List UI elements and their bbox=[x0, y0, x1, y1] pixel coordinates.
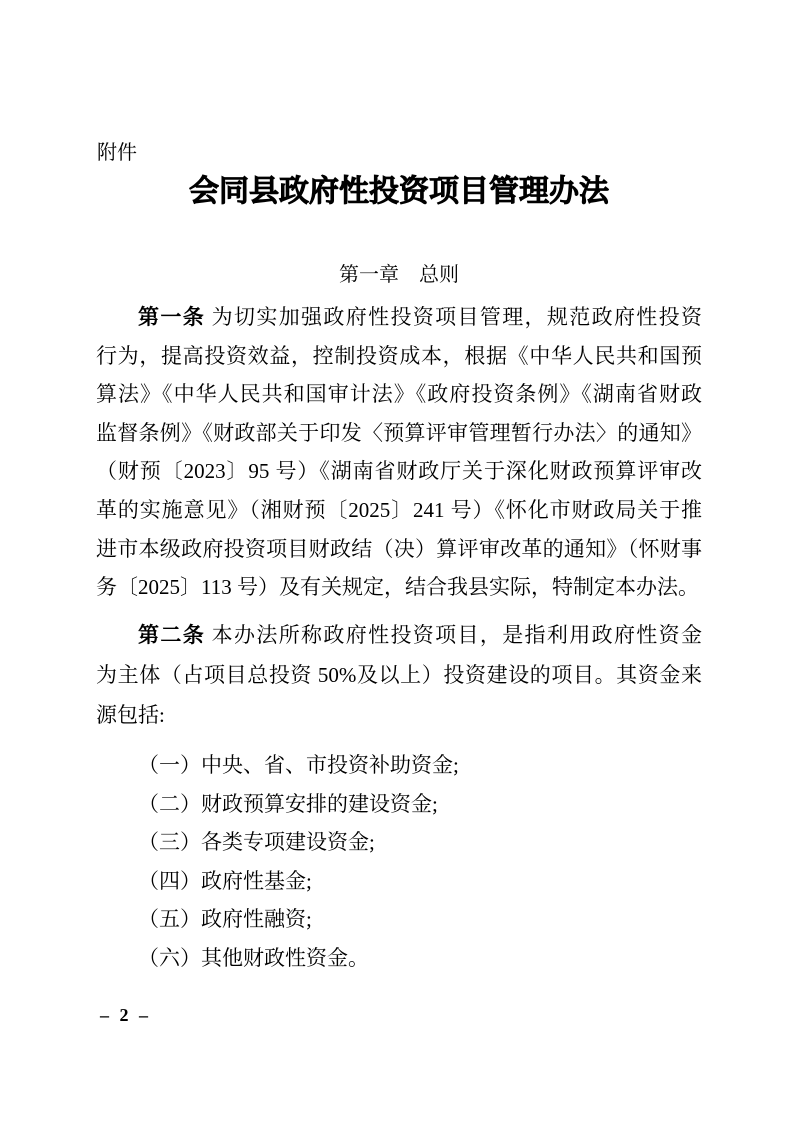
article-line: 算法》《中华人民共和国审计法》《政府投资条例》《湖南省财政 bbox=[96, 375, 702, 414]
article-line: 源包括: bbox=[96, 695, 702, 735]
document-page: 附件 会同县政府性投资项目管理办法 第一章 总则 第一条 为切实加强政府性投资项… bbox=[0, 0, 793, 1122]
article-line: 第二条 本办法所称政府性投资项目，是指利用政府性资金 bbox=[96, 615, 702, 655]
article-line: 为主体（占项目总投资 50%及以上）投资建设的项目。其资金来 bbox=[96, 655, 702, 695]
list-item: （六）其他财政性资金。 bbox=[96, 939, 702, 978]
articles: 第一条 为切实加强政府性投资项目管理，规范政府性投资行为，提高投资效益，控制投资… bbox=[96, 298, 702, 735]
chapter-heading: 第一章 总则 bbox=[96, 261, 702, 289]
attachment-label: 附件 bbox=[97, 141, 137, 165]
article-line: 务〔2025〕113 号）及有关规定，结合我县实际，特制定本办法。 bbox=[96, 568, 702, 607]
list-item: （一）中央、省、市投资补助资金; bbox=[96, 746, 702, 785]
list-item: （三）各类专项建设资金; bbox=[96, 823, 702, 862]
article: 第一条 为切实加强政府性投资项目管理，规范政府性投资行为，提高投资效益，控制投资… bbox=[96, 298, 702, 607]
page-number: – 2 – bbox=[100, 1005, 149, 1026]
article-line: 进市本级政府投资项目财政结（决）算评审改革的通知》（怀财事 bbox=[96, 530, 702, 569]
article-line: （财预〔2023〕95 号）《湖南省财政厅关于深化财政预算评审改 bbox=[96, 452, 702, 491]
article-number: 第二条 bbox=[138, 624, 205, 647]
article-line: 监督条例》《财政部关于印发〈预算评审管理暂行办法〉的通知》 bbox=[96, 414, 702, 453]
document-title: 会同县政府性投资项目管理办法 bbox=[96, 172, 702, 212]
list-item: （四）政府性基金; bbox=[96, 862, 702, 901]
funding-source-list: （一）中央、省、市投资补助资金;（二）财政预算安排的建设资金;（三）各类专项建设… bbox=[96, 746, 702, 978]
list-item: （二）财政预算安排的建设资金; bbox=[96, 785, 702, 824]
article-line: 行为，提高投资效益，控制投资成本，根据《中华人民共和国预 bbox=[96, 337, 702, 376]
article: 第二条 本办法所称政府性投资项目，是指利用政府性资金为主体（占项目总投资 50%… bbox=[96, 615, 702, 735]
list-item: （五）政府性融资; bbox=[96, 900, 702, 939]
article-number: 第一条 bbox=[138, 306, 205, 329]
article-line: 革的实施意见》（湘财预〔2025〕241 号）《怀化市财政局关于推 bbox=[96, 491, 702, 530]
article-line: 第一条 为切实加强政府性投资项目管理，规范政府性投资 bbox=[96, 298, 702, 337]
